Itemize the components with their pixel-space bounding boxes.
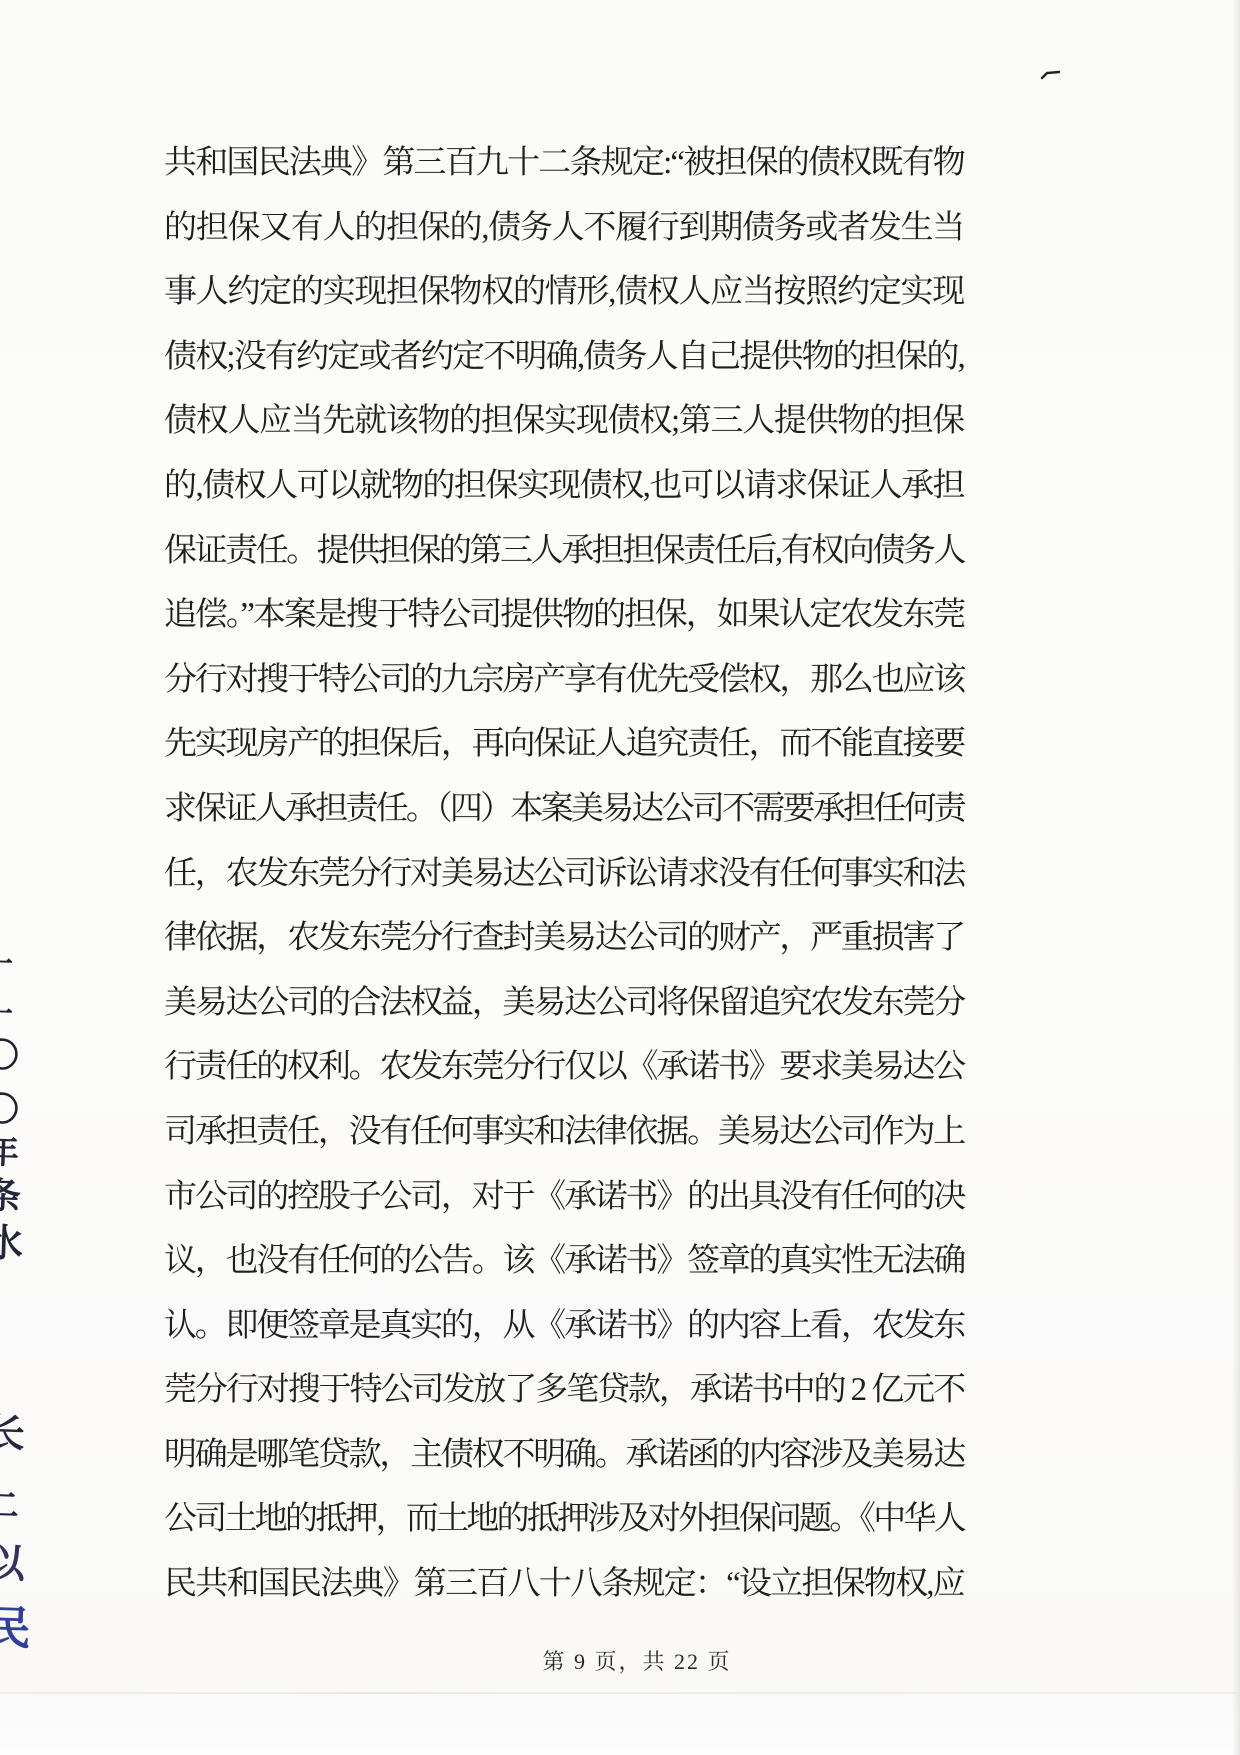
- margin-handwriting-fragment: 一: [0, 942, 14, 983]
- text-line: 公司土地的抵押，而土地的抵押涉及对外担保问题。《中华人: [164, 1487, 964, 1552]
- text-line: 先实现房产的担保后，再向保证人追究责任，而不能直接要: [164, 712, 964, 777]
- margin-handwriting-fragment: 年: [0, 1123, 20, 1173]
- text-line: 的,债权人可以就物的担保实现债权,也可以请求保证人承担: [164, 454, 964, 519]
- margin-handwriting-fragment: 二: [0, 1477, 20, 1527]
- text-line: 美易达公司的合法权益，美易达公司将保留追究农发东莞分: [164, 971, 964, 1036]
- document-text-block: 共和国民法典》第三百九十二条规定:“被担保的债权既有物 的担保又有人的担保的,债…: [164, 131, 964, 1617]
- text-line: 市公司的控股子公司，对于《承诺书》的出具没有任何的决: [164, 1165, 964, 1230]
- scan-right-edge-shadow: [1232, 0, 1240, 1755]
- margin-handwriting-fragment: 〇: [0, 1027, 20, 1077]
- text-line: 律依据，农发东莞分行查封美易达公司的财产，严重损害了: [164, 906, 964, 971]
- margin-handwriting-fragment: 丶: [0, 848, 3, 875]
- text-line: 认。即便签章是真实的，从《承诺书》的内容上看，农发东: [164, 1294, 964, 1359]
- margin-handwriting-fragment: 水: [0, 1211, 24, 1267]
- text-line: 行责任的权利。农发东莞分行仅以《承诺书》要求美易达公: [164, 1035, 964, 1100]
- margin-handwriting-fragment: 一: [0, 992, 14, 1033]
- text-line: 明确是哪笔贷款，主债权不明确。承诺函的内容涉及美易达: [164, 1423, 964, 1488]
- text-line: 司承担责任，没有任何事实和法律依据。美易达公司作为上: [164, 1100, 964, 1165]
- text-line: 保证责任。提供担保的第三人承担担保责任后,有权向债务人: [164, 519, 964, 584]
- text-line: 追偿。”本案是搜于特公司提供物的担保，如果认定农发东莞: [164, 583, 964, 648]
- text-line: 议，也没有任何的公告。该《承诺书》签章的真实性无法确: [164, 1229, 964, 1294]
- margin-handwriting-fragment: 长: [0, 1401, 26, 1459]
- text-line: 的担保又有人的担保的,债务人不履行到期债务或者发生当: [164, 196, 964, 261]
- scan-seam-line: [0, 1692, 1240, 1694]
- text-line: 共和国民法典》第三百九十二条规定:“被担保的债权既有物: [164, 131, 964, 196]
- text-line: 分行对搜于特公司的九宗房产享有优先受偿权，那么也应该: [164, 648, 964, 713]
- text-line: 事人约定的实现担保物权的情形,债权人应当按照约定实现: [164, 260, 964, 325]
- scanned-legal-document-page: 共和国民法典》第三百九十二条规定:“被担保的债权既有物 的担保又有人的担保的,债…: [0, 0, 1240, 1755]
- page-number-footer: 第 9 页，共 22 页: [0, 1645, 1240, 1676]
- margin-handwriting-fragment: 以: [0, 1531, 26, 1589]
- text-line: 民共和国民法典》第三百八十八条规定：“设立担保物权,应: [164, 1552, 964, 1617]
- text-line: 求保证人承担责任。（四）本案美易达公司不需要承担任何责: [164, 777, 964, 842]
- text-line: 债权;没有约定或者约定不明确,债务人自己提供物的担保的,: [164, 325, 964, 390]
- text-line: 莞分行对搜于特公司发放了多笔贷款，承诺书中的 2 亿元不: [164, 1358, 964, 1423]
- text-line: 任，农发东莞分行对美易达公司诉讼请求没有任何事实和法: [164, 842, 964, 907]
- pen-tick-mark-icon: [1040, 68, 1062, 82]
- text-line: 债权人应当先就该物的担保实现债权;第三人提供物的担保: [164, 389, 964, 454]
